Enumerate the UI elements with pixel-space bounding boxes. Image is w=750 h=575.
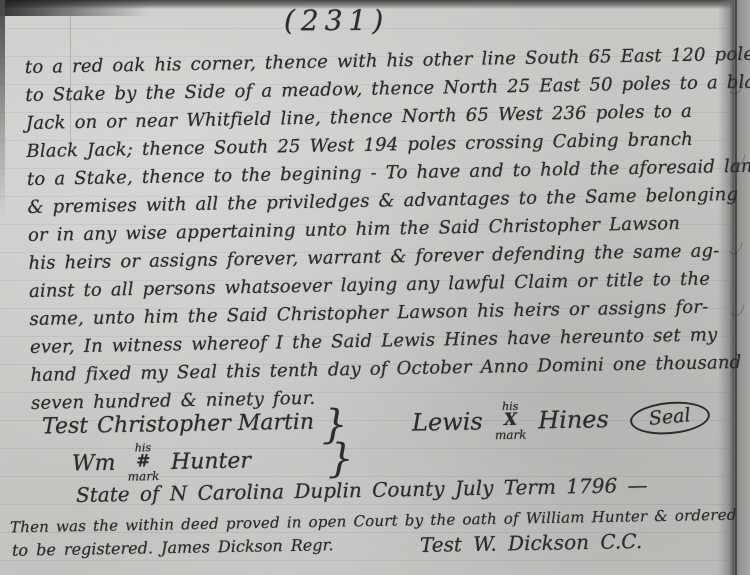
witness-brace-2: } <box>328 436 353 482</box>
witness-row-hunter: Wm his # mark Hunter <box>72 440 252 483</box>
grantor-last-name: Hines <box>538 405 609 434</box>
ink-bleedthrough-mark <box>729 298 747 318</box>
page-number: (231) <box>284 4 389 37</box>
seal-oval: Seal <box>629 399 711 438</box>
grantor-mark-stack: his X mark <box>494 401 526 442</box>
grantor-first-name: Lewis <box>412 407 483 436</box>
clerk-attestation: Test W. Dickson C.C. <box>420 529 643 557</box>
witness-name-martin: Christopher Martin <box>97 410 314 439</box>
scan-edge-top-left-shadow <box>0 0 150 16</box>
deed-body-text: to a red oak his corner, thence with his… <box>25 41 732 418</box>
hunter-mark-symbol: # <box>136 453 151 470</box>
witness-last-name-hunter: Hunter <box>171 448 251 474</box>
grantor-mark-symbol: X <box>504 412 517 429</box>
attest-label: Test <box>42 414 89 440</box>
witness-row-martin: Test Christopher Martin <box>42 410 314 440</box>
registration-line: to be registered. James Dickson Regr. <box>12 535 334 560</box>
scanned-deed-page: (231) to a red oak his corner, thence wi… <box>0 0 750 575</box>
hunter-mark-stack: his # mark <box>127 442 159 483</box>
mark-label: mark <box>495 429 527 442</box>
grantor-signature: Lewis his X mark Hines Seal <box>412 397 710 442</box>
witness-first-name-hunter: Wm <box>72 450 116 476</box>
scan-edge-left <box>0 0 5 220</box>
